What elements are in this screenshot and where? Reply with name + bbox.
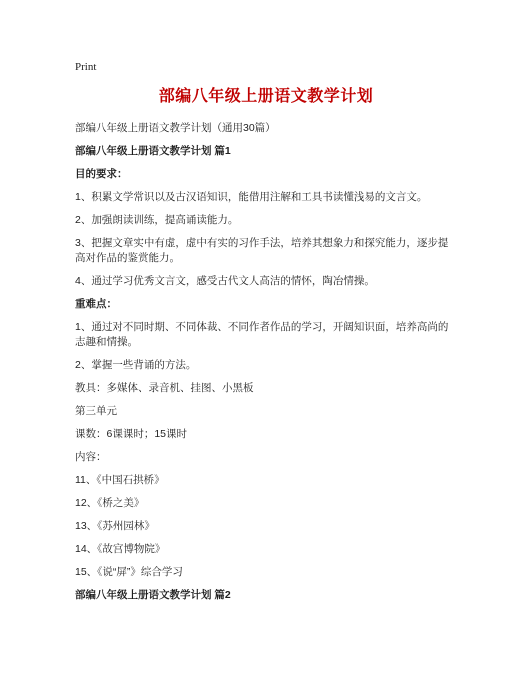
doc-paragraph: 课数：6课课时；15课时 [75,427,457,442]
doc-paragraph: 2、加强朗读训练，提高诵读能力。 [75,213,457,228]
doc-paragraph: 15、《说“屏”》综合学习 [75,565,457,580]
print-link[interactable]: Print [75,61,96,74]
doc-paragraph: 12、《桥之美》 [75,496,457,511]
doc-paragraph: 4、通过学习优秀文言文，感受古代文人高洁的情怀，陶冶情操。 [75,274,457,289]
doc-paragraph: 内容： [75,450,457,465]
doc-paragraph: 14、《故宫博物院》 [75,542,457,557]
doc-paragraph: 教具：多媒体、录音机、挂图、小黑板 [75,381,457,396]
doc-paragraph: 3、把握文章实中有虚，虚中有实的习作手法，培养其想象力和探究能力，逐步提高对作品… [75,236,457,266]
document-content: 部编八年级上册语文教学计划 部编八年级上册语文教学计划（通用30篇） 部编八年级… [75,87,457,603]
doc-title: 部编八年级上册语文教学计划 [75,87,457,107]
doc-paragraph: 2、掌握一些背诵的方法。 [75,358,457,373]
doc-paragraph: 13、《苏州园林》 [75,519,457,534]
section-heading: 目的要求： [75,167,457,182]
section-heading: 部编八年级上册语文教学计划 篇2 [75,588,457,603]
document-page: Print 部编八年级上册语文教学计划 部编八年级上册语文教学计划（通用30篇）… [0,0,520,603]
doc-paragraph: 第三单元 [75,404,457,419]
doc-paragraph: 1、积累文学常识以及古汉语知识，能借用注解和工具书读懂浅易的文言文。 [75,190,457,205]
doc-paragraph: 11、《中国石拱桥》 [75,473,457,488]
section-heading: 部编八年级上册语文教学计划 篇1 [75,144,457,159]
section-heading: 重难点： [75,297,457,312]
document-body: 部编八年级上册语文教学计划 篇1目的要求：1、积累文学常识以及古汉语知识，能借用… [75,144,457,603]
doc-paragraph: 1、通过对不同时期、不同体裁、不同作者作品的学习，开阔知识面，培养高尚的志趣和情… [75,320,457,350]
doc-subtitle: 部编八年级上册语文教学计划（通用30篇） [75,121,457,136]
